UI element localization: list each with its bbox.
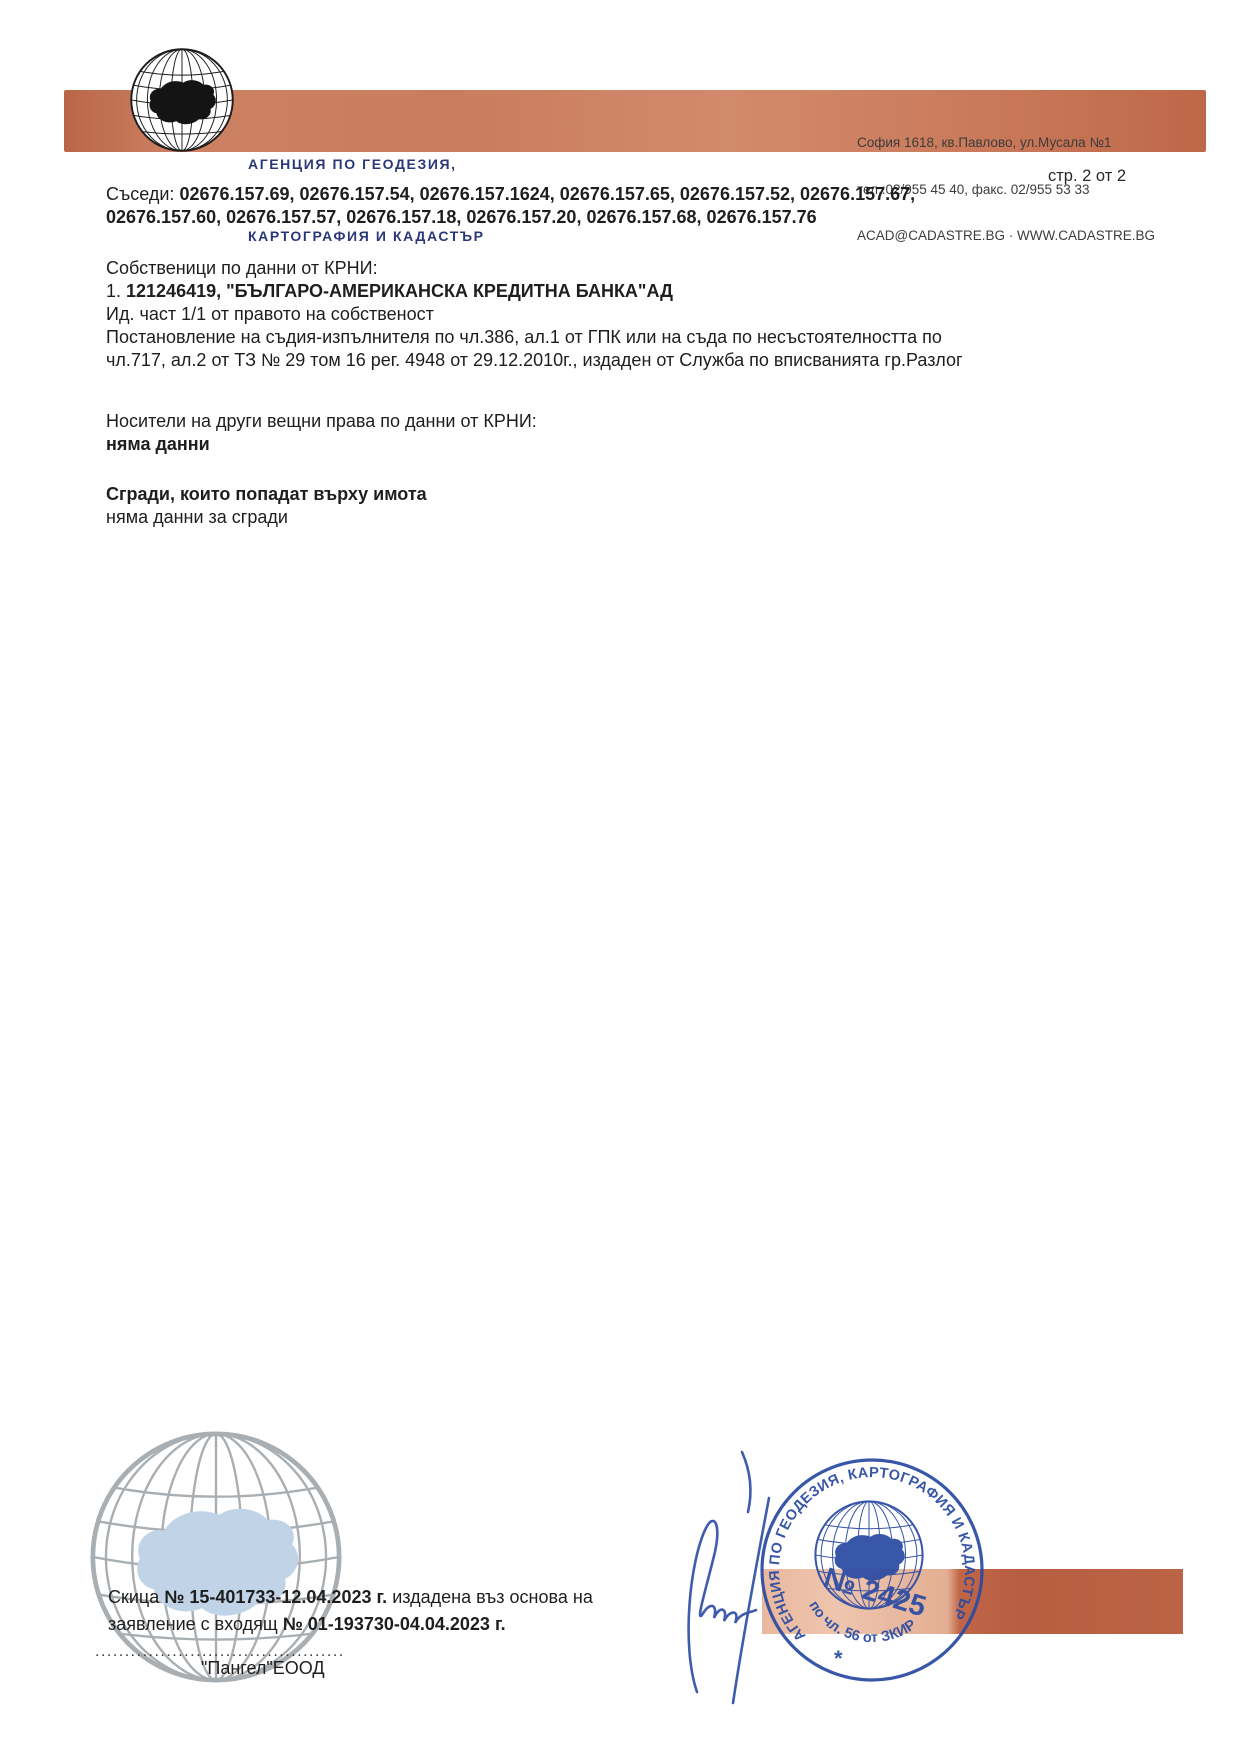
application-line: заявление с входящ № 01-193730-04.04.202…	[108, 1613, 506, 1636]
document-page: АГЕНЦИЯ ПО ГЕОДЕЗИЯ, КАРТОГРАФИЯ И КАДАС…	[0, 0, 1240, 1754]
agency-email-web: ACAD@CADASTRE.BG · WWW.CADASTRE.BG	[857, 228, 1155, 244]
buildings-heading: Сгради, които попадат върху имота	[106, 483, 427, 506]
owner-index: 1.	[106, 281, 126, 301]
owner-name: "БЪЛГАРО-АМЕРИКАНСКА КРЕДИТНА БАНКА"АД	[226, 281, 673, 301]
stamp-star: *	[834, 1646, 843, 1671]
neighbors-label: Съседи:	[106, 184, 179, 204]
sketch-number: № 15-401733-12.04.2023 г.	[164, 1587, 387, 1607]
other-rights-value: няма данни	[106, 433, 210, 456]
buildings-value: няма данни за сгради	[106, 506, 288, 529]
sketch-label: Скица	[108, 1587, 164, 1607]
sketch-issue-line: Скица № 15-401733-12.04.2023 г. издадена…	[108, 1586, 593, 1609]
application-label: заявление с входящ	[108, 1614, 283, 1634]
agency-address: София 1618, кв.Павлово, ул.Мусала №1	[857, 135, 1155, 151]
application-number: № 01-193730-04.04.2023 г.	[283, 1614, 506, 1634]
neighbors-line-2: 02676.157.60, 02676.157.57, 02676.157.18…	[106, 206, 817, 229]
buildings-heading-text: Сгради, които попадат върху имота	[106, 484, 427, 504]
neighbors-ids-2: 02676.157.60, 02676.157.57, 02676.157.18…	[106, 207, 817, 227]
neighbors-ids-1: 02676.157.69, 02676.157.54, 02676.157.16…	[179, 184, 915, 204]
agency-name-line1: АГЕНЦИЯ ПО ГЕОДЕЗИЯ,	[248, 152, 485, 176]
owners-heading: Собственици по данни от КРНИ:	[106, 257, 378, 280]
sketch-suffix: издадена въз основа на	[387, 1587, 593, 1607]
owner-document-line-1: Постановление на съдия-изпълнителя по чл…	[106, 326, 942, 349]
page-indicator: стр. 2 от 2	[1048, 167, 1126, 186]
issuer-name: "Пангел"ЕООД	[201, 1657, 325, 1680]
agency-globe-logo-icon	[128, 46, 236, 154]
other-rights-heading: Носители на други вещни права по данни о…	[106, 410, 537, 433]
owner-document-line-2: чл.717, ал.2 от ТЗ № 29 том 16 рег. 4948…	[106, 349, 963, 372]
owner-id: 121246419,	[126, 281, 226, 301]
neighbors-line-1: Съседи: 02676.157.69, 02676.157.54, 0267…	[106, 183, 915, 206]
owner-entry: 1. 121246419, "БЪЛГАРО-АМЕРИКАНСКА КРЕДИ…	[106, 280, 673, 303]
owner-share: Ид. част 1/1 от правото на собственост	[106, 303, 434, 326]
official-stamp: АГЕНЦИЯ ПО ГЕОДЕЗИЯ, КАРТОГРАФИЯ И КАДАС…	[752, 1450, 992, 1690]
other-rights-value-text: няма данни	[106, 434, 210, 454]
